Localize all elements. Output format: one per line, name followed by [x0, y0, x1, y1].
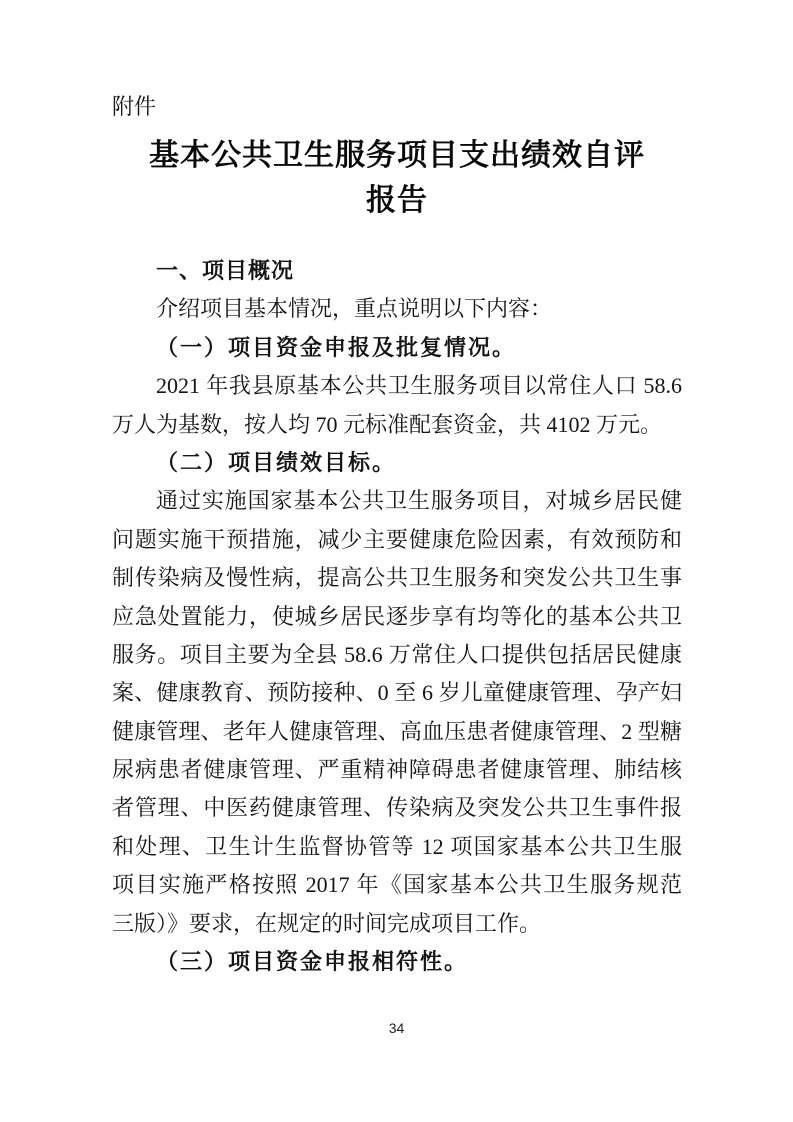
body-text-line: 服务。项目主要为全县 58.6 万常住人口提供包括居民健康档 — [112, 636, 682, 674]
section-heading-1: 一、项目概况 — [112, 252, 682, 290]
body-text-line: 问题实施干预措施，减少主要健康危险因素，有效预防和控 — [112, 521, 682, 559]
subsection-heading-3: （三）项目资金申报相符性。 — [112, 943, 682, 981]
body-text-line: 制传染病及慢性病，提高公共卫生服务和突发公共卫生事件 — [112, 559, 682, 597]
body-text-line: 万人为基数，按人均 70 元标准配套资金，共 4102 万元。 — [112, 406, 682, 444]
body-text-line: 三版）》要求，在规定的时间完成项目工作。 — [112, 905, 682, 943]
page-number: 34 — [0, 1020, 793, 1036]
document-page: 附件 基本公共卫生服务项目支出绩效自评 报告 一、项目概况 介绍项目基本情况，重… — [0, 0, 793, 1122]
body-text-line: 健康管理、老年人健康管理、高血压患者健康管理、2 型糖 — [112, 713, 682, 751]
attachment-label: 附件 — [112, 92, 156, 122]
body-text-line: 案、健康教育、预防接种、0 至 6 岁儿童健康管理、孕产妇 — [112, 674, 682, 712]
body-text-line: 尿病患者健康管理、严重精神障碍患者健康管理、肺结核患 — [112, 751, 682, 789]
subsection-heading-1: （一）项目资金申报及批复情况。 — [112, 329, 682, 367]
document-title: 基本公共卫生服务项目支出绩效自评 报告 — [98, 133, 696, 223]
body-text-line: 者管理、中医药健康管理、传染病及突发公共卫生事件报告 — [112, 789, 682, 827]
subsection-heading-2: （二）项目绩效目标。 — [112, 444, 682, 482]
body-text-line: 2021 年我县原基本公共卫生服务项目以常住人口 58.6 — [112, 367, 682, 405]
document-body: 一、项目概况 介绍项目基本情况，重点说明以下内容： （一）项目资金申报及批复情况… — [112, 252, 682, 981]
body-text-line: 项目实施严格按照 2017 年《国家基本公共卫生服务规范（第 — [112, 866, 682, 904]
body-text-line: 通过实施国家基本公共卫生服务项目，对城乡居民健康 — [112, 482, 682, 520]
body-text-line: 应急处置能力，使城乡居民逐步享有均等化的基本公共卫生 — [112, 598, 682, 636]
document-title-line1: 基本公共卫生服务项目支出绩效自评 — [98, 133, 696, 178]
body-text-line: 和处理、卫生计生监督协管等 12 项国家基本公共卫生服务。 — [112, 828, 682, 866]
body-text-line: 介绍项目基本情况，重点说明以下内容： — [112, 290, 682, 328]
document-title-line2: 报告 — [98, 178, 696, 223]
